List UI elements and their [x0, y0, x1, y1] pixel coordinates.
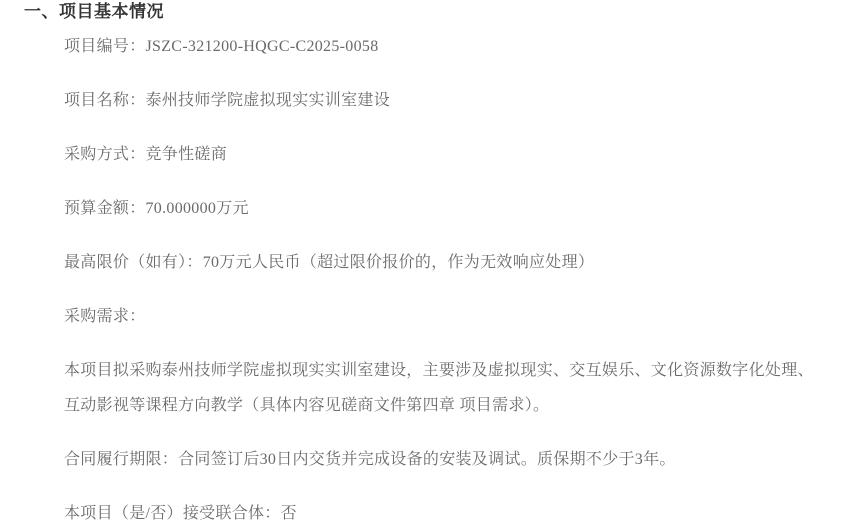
field-procurement-requirements-label: 采购需求：	[64, 299, 830, 334]
field-consortium-acceptance: 本项目（是/否）接受联合体：否	[64, 496, 830, 527]
field-project-name: 项目名称：泰州技师学院虚拟现实实训室建设	[64, 83, 830, 118]
field-budget-amount: 预算金额：70.000000万元	[64, 191, 830, 226]
field-procurement-method: 采购方式：竞争性磋商	[64, 137, 830, 172]
field-project-number: 项目编号：JSZC-321200-HQGC-C2025-0058	[64, 29, 830, 64]
paragraph-procurement-description: 本项目拟采购泰州技师学院虚拟现实实训室建设，主要涉及虚拟现实、交互娱乐、文化资源…	[64, 353, 830, 423]
field-max-price-limit: 最高限价（如有）：70万元人民币（超过限价报价的，作为无效响应处理）	[64, 245, 830, 280]
field-contract-period: 合同履行期限：合同签订后30日内交货并完成设备的安装及调试。质保期不少于3年。	[64, 442, 830, 477]
procurement-notice-section: 一、项目基本情况 项目编号：JSZC-321200-HQGC-C2025-005…	[0, 0, 858, 527]
section-body: 项目编号：JSZC-321200-HQGC-C2025-0058 项目名称：泰州…	[64, 29, 830, 527]
section-heading: 一、项目基本情况	[24, 2, 830, 22]
